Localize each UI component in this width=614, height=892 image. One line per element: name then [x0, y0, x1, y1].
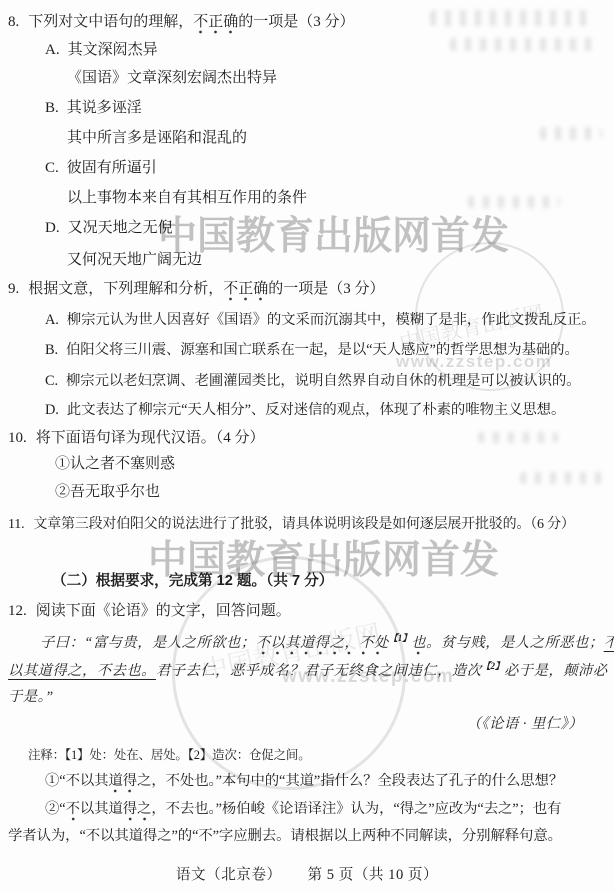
- subquestion-2-line-1: ②“不以其道得之，不去也。”杨伯峻《论语译注》认为，“得之”应改为“去之”；也有: [45, 797, 561, 818]
- stem-text: 下列对文中语句的理解，: [28, 14, 193, 30]
- q10-item-2: ②吾无取乎尔也: [55, 480, 160, 501]
- option-text: 柳宗元认为世人因喜好《国语》的文采而沉溺其中，模糊了是非，作此文拨乱反正。: [67, 312, 596, 328]
- option-label: A.: [45, 42, 60, 58]
- option-text: 此文表达了柳宗元“天人相分”、反对迷信的观点，体现了朴素的唯物主义思想。: [67, 402, 565, 418]
- passage-text: 必于是，颠沛必: [504, 663, 608, 679]
- footer-page-number: 第 5 页（共 10 页）: [308, 867, 439, 883]
- item-text: ②吾无取乎尔也: [55, 484, 160, 500]
- q8-gloss-d: 又何况天地广阔无边: [67, 248, 202, 269]
- question-10-number: 10.: [8, 430, 27, 446]
- stem-text: 将下面语句译为现代汉语。（4 分）: [36, 430, 265, 446]
- bleedthrough-smudge: [478, 432, 558, 443]
- stem-text: 阅读下面《论语》的文字，回答问题。: [36, 603, 291, 619]
- option-label: B.: [45, 100, 59, 116]
- underlined-text: 不: [604, 635, 614, 651]
- passage-attribution: （《论语 · 里仁》）: [0, 713, 583, 733]
- stem-text: 文章第三段对伯阳父的说法进行了批驳，请具体说明该段是如何逐层展开批驳的。（6 分…: [33, 517, 574, 532]
- bleedthrough-smudge: [468, 196, 560, 208]
- emphasized-text: 不正确: [193, 14, 238, 34]
- bleedthrough-smudge: [520, 472, 608, 484]
- gloss-text: 又何况天地广阔无边: [67, 252, 202, 268]
- subq-text: 以其道: [80, 801, 123, 817]
- emphasized-text: 不正确: [223, 281, 268, 301]
- q8-option-a: A.其文深闳杰异: [45, 38, 158, 59]
- option-label: C.: [45, 373, 58, 389]
- option-label: A.: [45, 312, 59, 328]
- passage-text: 子曰：“富与贵，是人之所欲也；: [40, 635, 256, 651]
- option-label: D.: [45, 402, 59, 418]
- q8-option-d: D.又况天地之无倪: [45, 216, 173, 237]
- passage-line-3: 于是。”: [8, 686, 54, 706]
- option-label: B.: [45, 342, 58, 358]
- question-8-number: 8.: [8, 14, 19, 30]
- q9-option-b: B.伯阳父将三川震、源塞和国亡联系在一起，是以“天人感应”的哲学思想为基础的。: [45, 338, 579, 359]
- emphasized-text: 不以其道得之，不处: [256, 635, 389, 655]
- question-11-number: 11.: [8, 517, 24, 532]
- attribution-text: （《论语 · 里仁》）: [467, 716, 583, 732]
- section-heading-text: （二）根据要求，完成第 12 题。（共 7 分）: [52, 573, 333, 589]
- footnote-marker-1: 【1】: [389, 633, 412, 643]
- q8-gloss-b: 其中所言多是诬陷和混乱的: [67, 126, 247, 147]
- underlined-text: 以其道得之，不去也。: [8, 663, 156, 679]
- question-11-stem: 11.文章第三段对伯阳父的说法进行了批驳，请具体说明该段是如何逐层展开批驳的。（…: [8, 513, 575, 533]
- q8-gloss-a: 《国语》文章深刻宏阔杰出特异: [67, 66, 277, 87]
- subq-text: 之，不处也。”本句中的“其道”指什么？全段表达了孔子的什么思想？: [137, 773, 563, 789]
- gloss-text: 以上事物本来自有其相互作用的条件: [67, 190, 307, 206]
- bleedthrough-smudge: [450, 38, 595, 51]
- option-text: 其文深闳杰异: [68, 42, 158, 58]
- option-label: C.: [45, 160, 59, 176]
- notes-text: 注释：【1】处：处在、居处。【2】造次：仓促之间。: [28, 748, 311, 762]
- option-text: 又况天地之无倪: [68, 220, 173, 236]
- item-text: ①认之者不塞则惑: [55, 456, 175, 472]
- question-9-number: 9.: [8, 281, 19, 297]
- passage-text: 。贫与贱，是人之所恶也；: [426, 635, 604, 651]
- subquestion-2-line-2: 学者认为，“不以其道得之”的“不”字应删去。请根据以上两种不同解读，分别解释句意…: [8, 824, 562, 845]
- bleedthrough-smudge: [430, 10, 595, 26]
- emphasized-text: 也: [411, 635, 426, 655]
- subq-text: ①“不以其: [45, 773, 108, 789]
- question-12-stem: 12.阅读下面《论语》的文字，回答问题。: [8, 599, 291, 620]
- q9-option-d: D.此文表达了柳宗元“天人相分”、反对迷信的观点，体现了朴素的唯物主义思想。: [45, 398, 565, 419]
- q9-option-a: A.柳宗元认为世人因喜好《国语》的文采而沉溺其中，模糊了是非，作此文拨乱反正。: [45, 308, 596, 329]
- option-text: 彼固有所逼引: [67, 160, 157, 176]
- stem-text: 的一项是（3 分）: [268, 281, 384, 297]
- footnote-marker-2: 【2】: [482, 661, 505, 671]
- emphasized-text: 不: [66, 801, 80, 821]
- q8-option-b: B.其说多诬淫: [45, 96, 142, 117]
- emphasized-text: 道得: [108, 773, 137, 793]
- stem-text: 的一项是（3 分）: [238, 14, 354, 30]
- q8-gloss-c: 以上事物本来自有其相互作用的条件: [67, 186, 307, 207]
- page-footer: 语文（北京卷）第 5 页（共 10 页）: [0, 863, 614, 884]
- notes-line: 注释：【1】处：处在、居处。【2】造次：仓促之间。: [28, 745, 311, 763]
- subq-text: ②“: [45, 801, 66, 817]
- question-8-stem: 8.下列对文中语句的理解，不正确的一项是（3 分）: [8, 10, 355, 31]
- option-text: 其说多诬淫: [67, 100, 142, 116]
- question-9-stem: 9.根据文意，下列理解和分析，不正确的一项是（3 分）: [8, 277, 385, 298]
- subq-text: 学者认为，“不以其道得之”的“不”字应删去。请根据以上两种不同解读，分别解释句意…: [8, 828, 562, 844]
- option-text: 柳宗元以老妇烹调、老圃灌园类比，说明自然界自动自休的机理是可以被认识的。: [66, 373, 580, 389]
- passage-line-1: 子曰：“富与贵，是人之所欲也；不以其道得之，不处【1】也。贫与贱，是人之所恶也；…: [40, 631, 614, 652]
- gloss-text: 《国语》文章深刻宏阔杰出特异: [67, 70, 277, 86]
- exam-page: 中国教育出版网首发 中国教育出版网 www.zzstep.com 中国教育出版网…: [0, 0, 614, 892]
- question-12-number: 12.: [8, 603, 27, 619]
- subq-text: ，不去也。”杨伯峻《论语译注》认为，“得之”应改为“去之”；也有: [151, 801, 561, 817]
- q8-option-c: C.彼固有所逼引: [45, 156, 157, 177]
- passage-line-2: 以其道得之，不去也。君子去仁，恶乎成名？君子无终食之间违仁，造次【2】必于是，颠…: [8, 659, 608, 680]
- watermark-banner: 中国教育出版网首发: [158, 205, 509, 261]
- section-2-heading: （二）根据要求，完成第 12 题。（共 7 分）: [52, 569, 333, 590]
- subquestion-1: ①“不以其道得之，不处也。”本句中的“其道”指什么？全段表达了孔子的什么思想？: [45, 769, 563, 790]
- emphasized-text: 得之: [123, 801, 152, 821]
- q9-option-c: C.柳宗元以老妇烹调、老圃灌园类比，说明自然界自动自休的机理是可以被认识的。: [45, 369, 580, 390]
- q10-item-1: ①认之者不塞则惑: [55, 452, 175, 473]
- stem-text: 根据文意，下列理解和分析，: [28, 281, 223, 297]
- gloss-text: 其中所言多是诬陷和混乱的: [67, 130, 247, 146]
- question-10-stem: 10.将下面语句译为现代汉语。（4 分）: [8, 426, 265, 447]
- passage-text: 于是。”: [8, 689, 54, 705]
- option-text: 伯阳父将三川震、源塞和国亡联系在一起，是以“天人感应”的哲学思想为基础的。: [66, 342, 579, 358]
- option-label: D.: [45, 220, 60, 236]
- bleedthrough-smudge: [540, 127, 602, 140]
- passage-text: 君子去仁，恶乎成名？君子无终食之间违仁，造次: [156, 663, 482, 679]
- footer-exam-name: 语文（北京卷）: [176, 867, 282, 883]
